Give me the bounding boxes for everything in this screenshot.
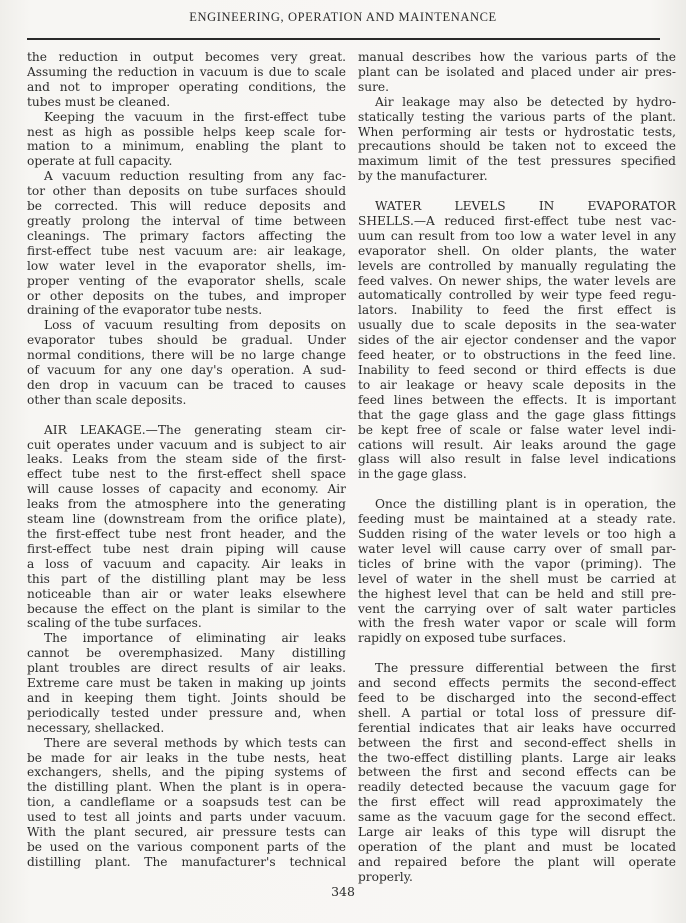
text-line: The importance of eliminating air leaks <box>27 631 346 646</box>
text-line: to air leakage or heavy scale deposits i… <box>358 378 676 393</box>
text-line: usually due to scale deposits in the sea… <box>358 318 676 333</box>
left-column: the reduction in output becomes very gre… <box>27 50 346 870</box>
text-line: a loss of vacuum and capacity. Air leaks… <box>27 557 346 572</box>
paragraph-gap <box>27 408 346 423</box>
text-line: mation to a minimum, enabling the plant … <box>27 139 346 154</box>
paragraph-gap <box>358 646 676 661</box>
text-line: first-effect tube nest vacuum are: air l… <box>27 244 346 259</box>
text-line: cations will result. Air leaks around th… <box>358 438 676 453</box>
text-line: between the first and second-effect shel… <box>358 736 676 751</box>
text-line: be corrected. This will reduce deposits … <box>27 199 346 214</box>
text-line: When performing air tests or hydrostatic… <box>358 125 676 140</box>
text-line: shell. A partial or total loss of pressu… <box>358 706 676 721</box>
text-line: be made for air leaks in the tube nests,… <box>27 751 346 766</box>
text-line: low water level in the evaporator shells… <box>27 259 346 274</box>
text-line: operation of the plant and must be locat… <box>358 840 676 855</box>
header-rule <box>27 38 660 40</box>
text-line: readily detected because the vacuum gage… <box>358 780 676 795</box>
text-line: noticeable than air or water leaks elsew… <box>27 587 346 602</box>
text-line: glass will also result in false level in… <box>358 452 676 467</box>
text-line: sure. <box>358 80 676 95</box>
text-line: the first-effect tube nest front header,… <box>27 527 346 542</box>
text-line: and repaired before the plant will opera… <box>358 855 676 870</box>
running-header: ENGINEERING, OPERATION AND MAINTENANCE <box>0 10 686 25</box>
text-line: tubes must be cleaned. <box>27 95 346 110</box>
text-line: lators. Inability to feed the first effe… <box>358 303 676 318</box>
text-line: cleanings. The primary factors affecting… <box>27 229 346 244</box>
paragraph-gap <box>358 482 676 497</box>
text-line: the two-effect distilling plants. Large … <box>358 751 676 766</box>
text-line: rapidly on exposed tube surfaces. <box>358 631 676 646</box>
text-line: manual describes how the various parts o… <box>358 50 676 65</box>
text-line: and in keeping them tight. Joints should… <box>27 691 346 706</box>
text-line: Sudden rising of the water levels or too… <box>358 527 676 542</box>
text-line: WATER LEVELS IN EVAPORATOR <box>358 199 676 214</box>
text-line: proper venting of the evaporator shells,… <box>27 274 346 289</box>
text-line: uum can result from too low a water leve… <box>358 229 676 244</box>
document-page: ENGINEERING, OPERATION AND MAINTENANCE t… <box>0 0 686 923</box>
text-line: and not to improper operating conditions… <box>27 80 346 95</box>
text-line: draining of the evaporator tube nests. <box>27 303 346 318</box>
text-line: There are several methods by which tests… <box>27 736 346 751</box>
text-line: scaling of the tube surfaces. <box>27 616 346 631</box>
text-line: Extreme care must be taken in making up … <box>27 676 346 691</box>
text-line: greatly prolong the interval of time bet… <box>27 214 346 229</box>
text-line: feed lines between the effects. It is im… <box>358 393 676 408</box>
text-line: tion, a candleflame or a soapsuds test c… <box>27 795 346 810</box>
text-line: statically testing the various parts of … <box>358 110 676 125</box>
text-line: level of water in the shell must be carr… <box>358 572 676 587</box>
text-line: Loss of vacuum resulting from deposits o… <box>27 318 346 333</box>
text-line: Keeping the vacuum in the first-effect t… <box>27 110 346 125</box>
text-line: plant troubles are direct results of air… <box>27 661 346 676</box>
text-line: vent the carrying over of salt water par… <box>358 602 676 617</box>
text-line: The pressure differential between the fi… <box>358 661 676 676</box>
text-line: necessary, shellacked. <box>27 721 346 736</box>
text-line: that the gage glass and the gage glass f… <box>358 408 676 423</box>
text-line: With the plant secured, air pressure tes… <box>27 825 346 840</box>
text-line: Once the distilling plant is in operatio… <box>358 497 676 512</box>
text-line: first-effect tube nest drain piping will… <box>27 542 346 557</box>
text-line: precautions should be taken not to excee… <box>358 139 676 154</box>
page-number: 348 <box>0 884 686 899</box>
text-line: by the manufacturer. <box>358 169 676 184</box>
text-line: or other deposits on the tubes, and impr… <box>27 289 346 304</box>
text-line: the first effect will read approximately… <box>358 795 676 810</box>
text-line: and second effects permits the second-ef… <box>358 676 676 691</box>
text-line: between the first and second effects can… <box>358 765 676 780</box>
text-line: leaks from the atmosphere into the gener… <box>27 497 346 512</box>
text-line: water level will cause carry over of sma… <box>358 542 676 557</box>
text-line: Inability to feed second or third effect… <box>358 363 676 378</box>
text-line: evaporator tubes should be gradual. Unde… <box>27 333 346 348</box>
text-line: cannot be overemphasized. Many distillin… <box>27 646 346 661</box>
text-line: tor other than deposits on tube surfaces… <box>27 184 346 199</box>
text-line: ticles of brine with the vapor (priming)… <box>358 557 676 572</box>
text-line: steam line (downstream from the orifice … <box>27 512 346 527</box>
text-line: evaporator shell. On older plants, the w… <box>358 244 676 259</box>
text-line: periodically tested under pressure and, … <box>27 706 346 721</box>
text-line: Assuming the reduction in vacuum is due … <box>27 65 346 80</box>
text-line: effect tube nest to the first-effect she… <box>27 467 346 482</box>
text-line: Air leakage may also be detected by hydr… <box>358 95 676 110</box>
text-line: sides of the air ejector condenser and t… <box>358 333 676 348</box>
text-line: the distilling plant. When the plant is … <box>27 780 346 795</box>
text-line: because the effect on the plant is simil… <box>27 602 346 617</box>
text-line: this part of the distilling plant may be… <box>27 572 346 587</box>
text-line: levels are controlled by manually regula… <box>358 259 676 274</box>
text-line: SHELLS.—A reduced first-effect tube nest… <box>358 214 676 229</box>
text-line: feeding must be maintained at a steady r… <box>358 512 676 527</box>
text-line: exchangers, shells, and the piping syste… <box>27 765 346 780</box>
text-line: plant can be isolated and placed under a… <box>358 65 676 80</box>
text-line: used to test all joints and parts under … <box>27 810 346 825</box>
text-line: be used on the various component parts o… <box>27 840 346 855</box>
text-line: other than scale deposits. <box>27 393 346 408</box>
text-line: distilling plant. The manufacturer's tec… <box>27 855 346 870</box>
text-line: be kept free of scale or false water lev… <box>358 423 676 438</box>
text-line: ferential indicates that air leaks have … <box>358 721 676 736</box>
text-line: operate at full capacity. <box>27 154 346 169</box>
text-line: normal conditions, there will be no larg… <box>27 348 346 363</box>
text-line: properly. <box>358 870 676 885</box>
text-line: with the fresh water vapor or scale will… <box>358 616 676 631</box>
text-line: nest as high as possible helps keep scal… <box>27 125 346 140</box>
text-line: feed valves. On newer ships, the water l… <box>358 274 676 289</box>
text-line: same as the vacuum gage for the second e… <box>358 810 676 825</box>
text-line: A vacuum reduction resulting from any fa… <box>27 169 346 184</box>
text-line: of vacuum for any one day's operation. A… <box>27 363 346 378</box>
text-line: will cause losses of capacity and econom… <box>27 482 346 497</box>
text-line: maximum limit of the test pressures spec… <box>358 154 676 169</box>
text-line: in the gage glass. <box>358 467 676 482</box>
right-column: manual describes how the various parts o… <box>358 50 676 885</box>
text-line: Large air leaks of this type will disrup… <box>358 825 676 840</box>
text-line: automatically controlled by weir type fe… <box>358 288 676 303</box>
text-line: the highest level that can be held and s… <box>358 587 676 602</box>
text-line: the reduction in output becomes very gre… <box>27 50 346 65</box>
text-line: cuit operates under vacuum and is subjec… <box>27 438 346 453</box>
text-line: feed heater, or to obstructions in the f… <box>358 348 676 363</box>
text-line: den drop in vacuum can be traced to caus… <box>27 378 346 393</box>
text-line: AIR LEAKAGE.—The generating steam cir- <box>27 423 346 438</box>
text-line: leaks. Leaks from the steam side of the … <box>27 452 346 467</box>
paragraph-gap <box>358 184 676 199</box>
text-line: feed to be discharged into the second-ef… <box>358 691 676 706</box>
